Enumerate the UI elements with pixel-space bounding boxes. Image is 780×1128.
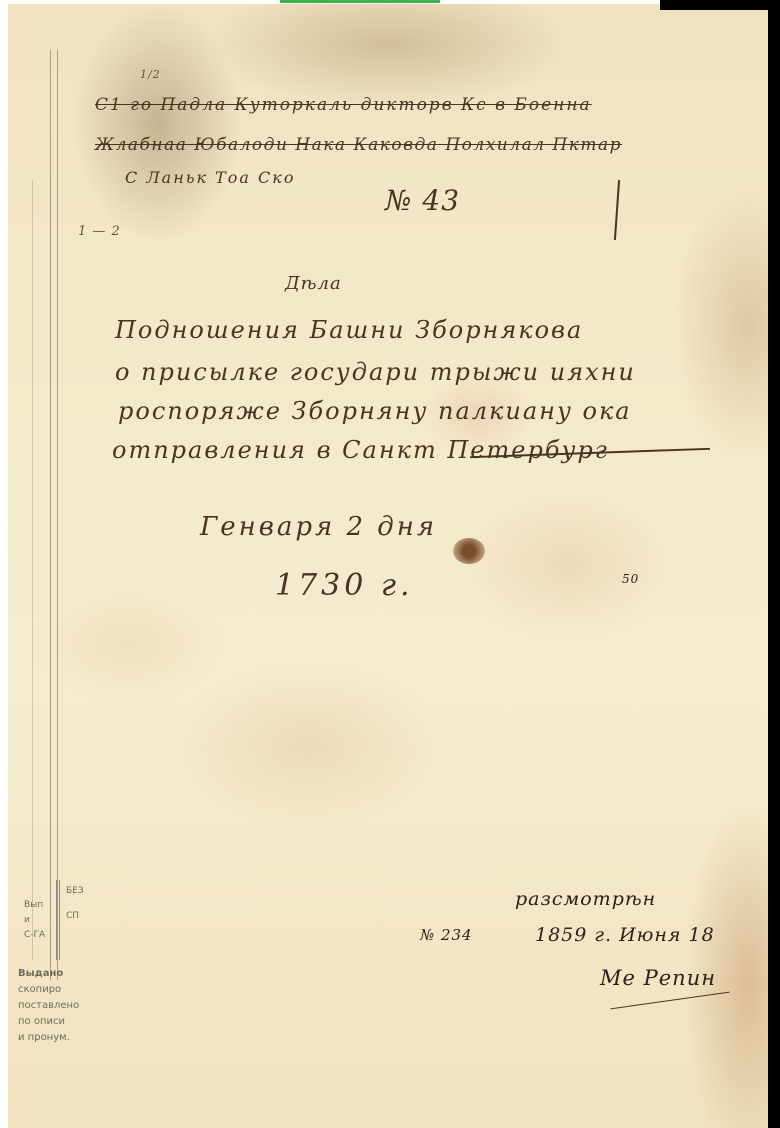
stamp-text: скопиро [18, 982, 79, 998]
scan-edge-top [660, 0, 780, 10]
stamp-text: по описи [18, 1014, 79, 1030]
file-number: № 43 [385, 184, 460, 217]
archive-signature: Ме Репин [600, 966, 716, 990]
ink-blot [453, 538, 485, 564]
manuscript-page [8, 4, 768, 1128]
stamp-text: и пронум. [18, 1030, 79, 1046]
scan-edge-right [768, 0, 780, 1128]
side-mark: 50 [622, 572, 639, 586]
margin-rule-faint [32, 180, 33, 960]
archive-note-line-2: 1859 г. Июня 18 [535, 924, 715, 946]
title-line-3: роспоряже Зборняну палкиану ока [118, 397, 632, 425]
date-year: 1730 г. [275, 568, 414, 603]
stamp-text: Выдано [18, 966, 79, 982]
header-mark-top: 1/2 [140, 68, 161, 81]
title-line-2: о присылке государи трыжи ияхни [115, 358, 636, 386]
scan-edge-green [280, 0, 440, 3]
margin-mark: 1 — 2 [78, 224, 121, 239]
stamp-text: поставлено [18, 998, 79, 1014]
stamp-text: Вып [24, 898, 45, 913]
stamp-text: СП [66, 909, 84, 924]
margin-rule [50, 50, 58, 980]
stamp-text: С-ГА [24, 928, 45, 943]
archive-note-line-1: разсмотрѣн [515, 888, 656, 910]
title-line-1: Подношения Башни Зборнякова [115, 316, 583, 344]
header-line-2: Жлабнаа Юбалоди Нака Каковда Полхилал Пк… [95, 135, 622, 155]
title-line-4: отправления в Санкт Петербург [112, 436, 609, 464]
title-label: Дѣла [285, 273, 342, 294]
date-month-day: Генваря 2 дня [200, 512, 437, 542]
header-line-1: С1 гo Падла Куторкаль дикторв Кс в Боенн… [95, 95, 592, 115]
stamp-text: БЕЗ [66, 884, 84, 899]
stamp-text: и [24, 913, 45, 928]
archive-note-number: № 234 [420, 926, 473, 944]
header-line-3: С Ланьк Тоа Ско [125, 168, 295, 187]
archive-stamp: Вып и С-ГА БЕЗ СП Выдано скопиро поставл… [14, 860, 94, 1050]
